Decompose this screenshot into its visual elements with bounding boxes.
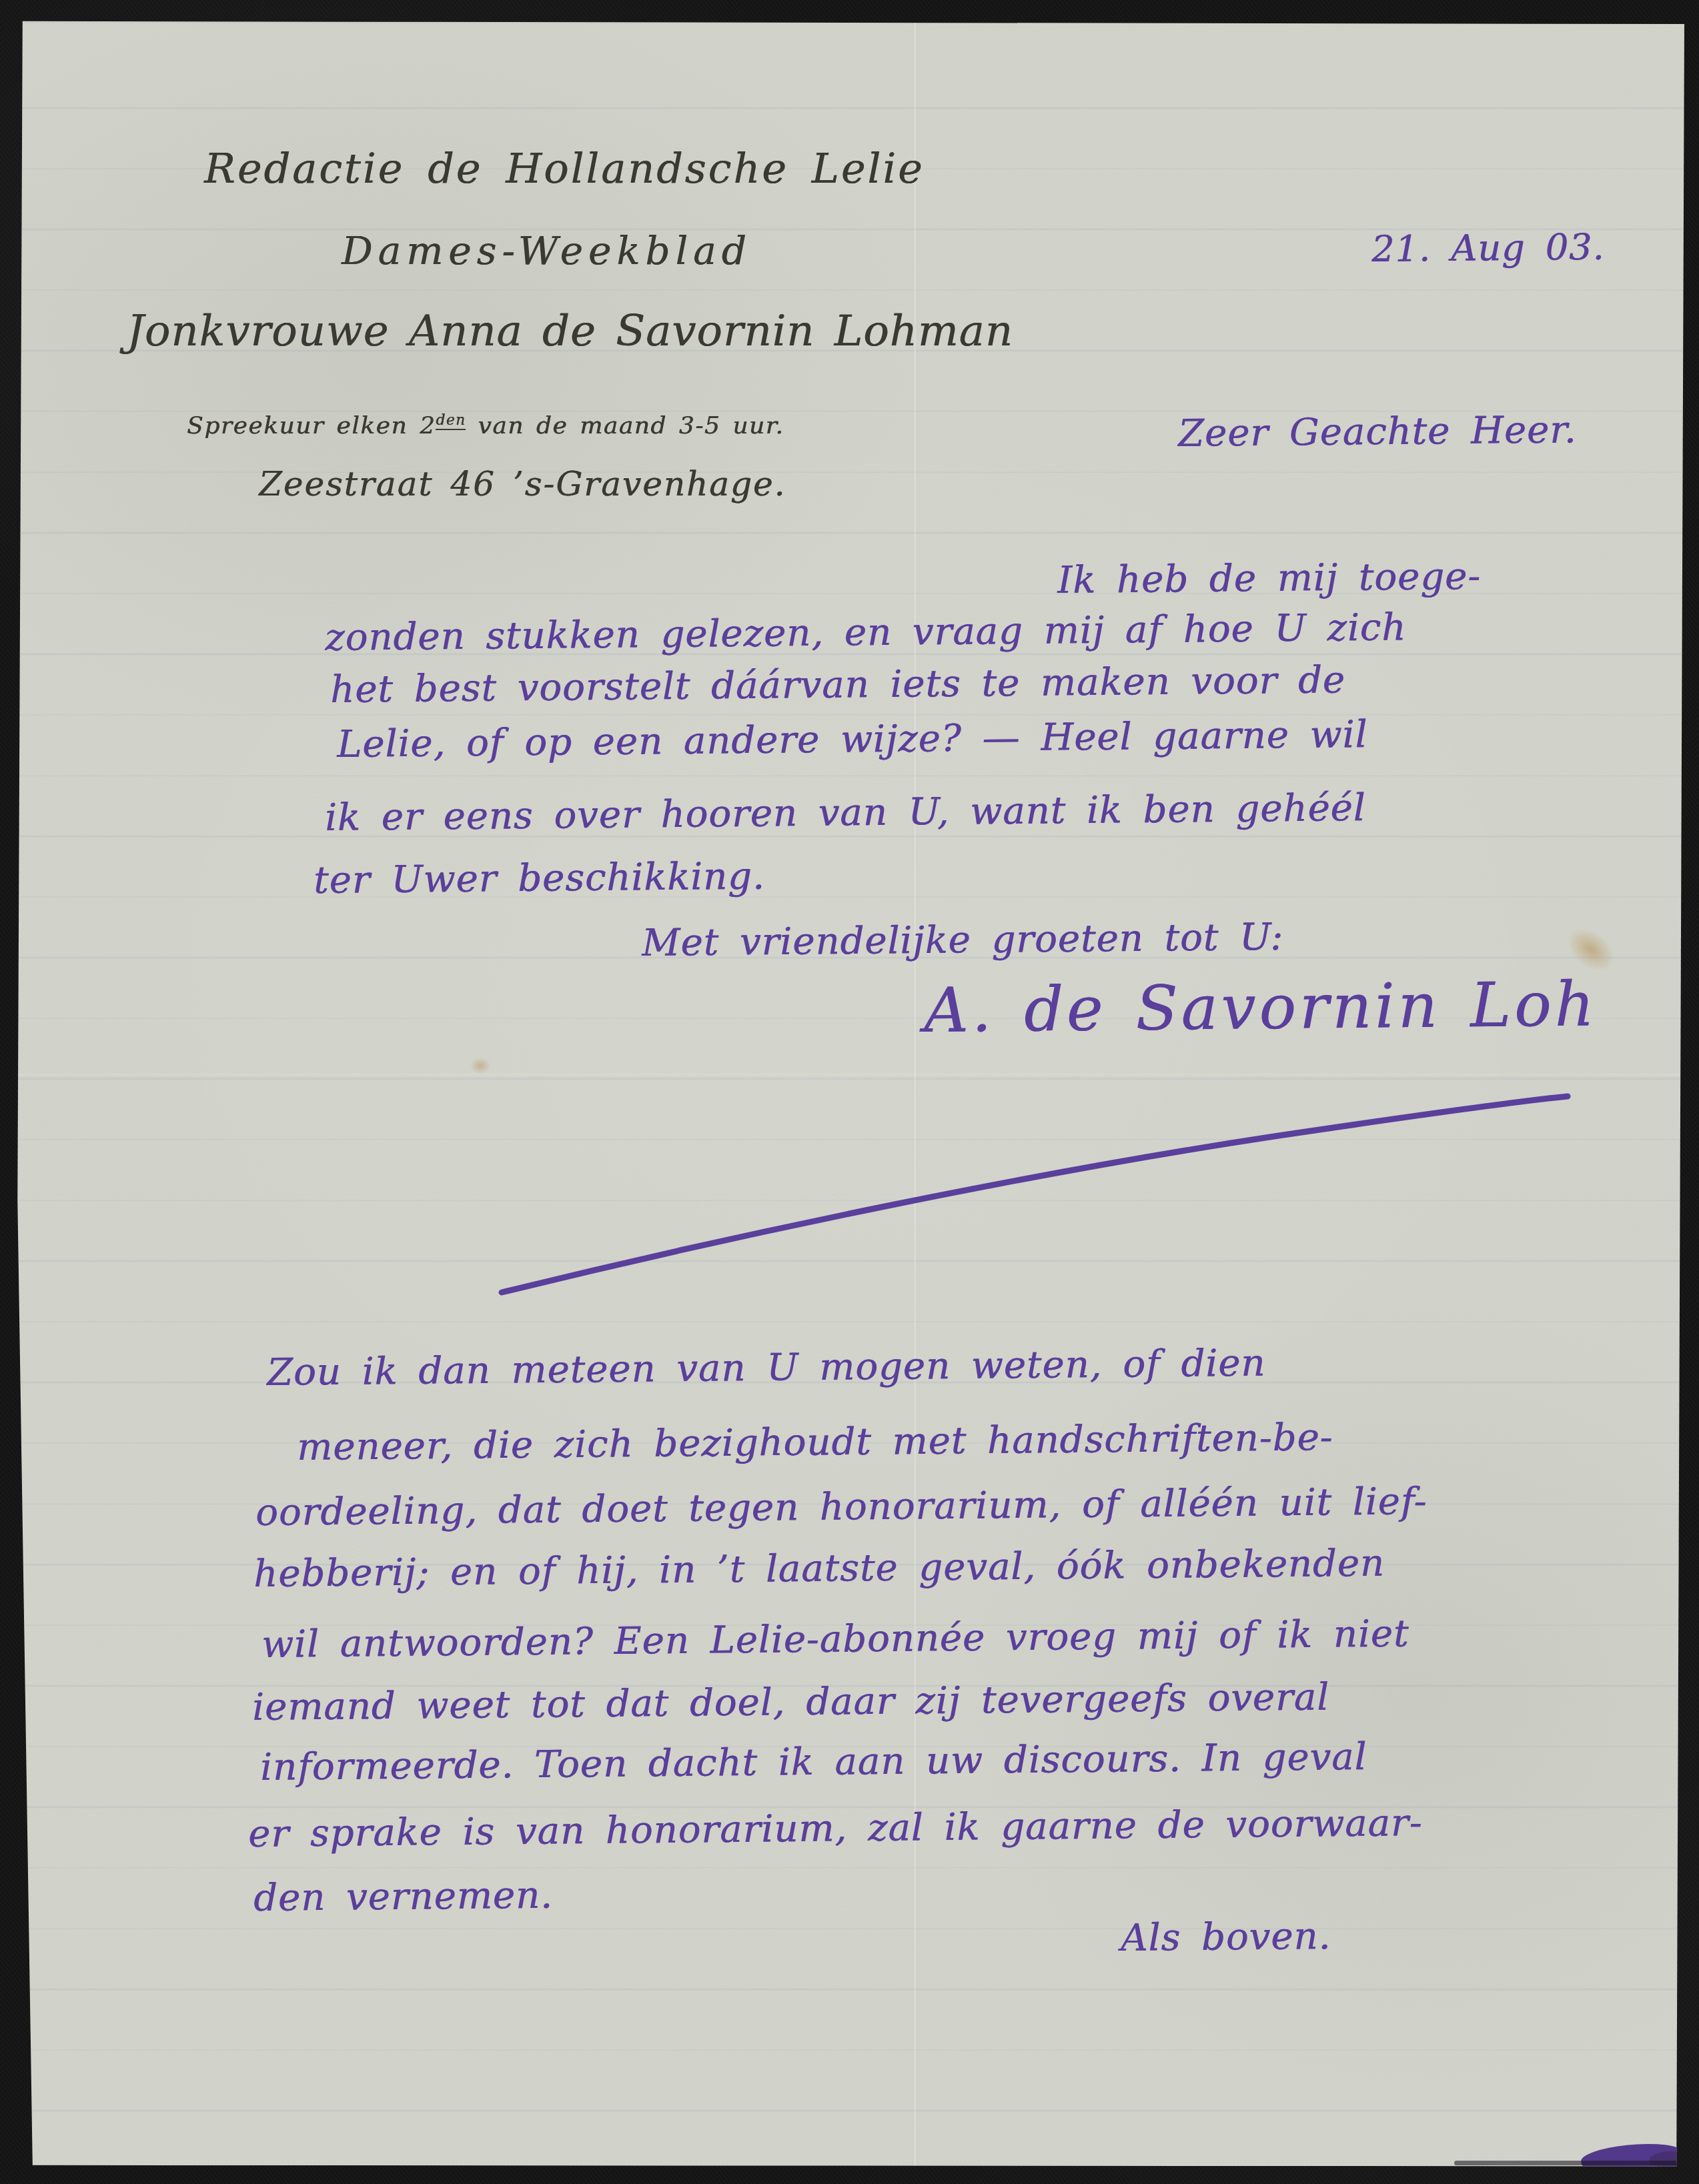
paragraph2-line: informeerde. Toen dacht ik aan uw discou… (260, 1738, 1367, 1788)
paragraph2-line: iemand weet tot dat doel, daar zij tever… (252, 1678, 1329, 1727)
paragraph2-line: er sprake is van honorarium, zal ik gaar… (248, 1804, 1423, 1855)
signature: A. de Savornin Loh (924, 972, 1598, 1043)
letterhead-subtitle: Dames-Weekblad (342, 231, 752, 271)
consultation-text-prefix: Spreekuur elken 2 (187, 412, 436, 439)
paragraph1-line: ik er eens over hooren van U, want ik be… (325, 789, 1366, 838)
ink-smudge (1648, 2150, 1690, 2169)
letterhead-consultation-hours: Spreekuur elken 2den van de maand 3-5 uu… (187, 413, 784, 439)
closing-shorthand: Als boven. (1121, 1917, 1331, 1959)
salutation: Zeer Geachte Heer. (1178, 411, 1577, 454)
scan-background: Redactie de Hollandsche Lelie Dames-Week… (0, 0, 1699, 2184)
letterhead-editor-name: Jonkvrouwe Anna de Savornin Lohman (127, 309, 1013, 354)
letterhead-title: Redactie de Hollandsche Lelie (204, 147, 925, 190)
edge-dust (1454, 2161, 1688, 2165)
fold-crease-horizontal (13, 1074, 1686, 1078)
paragraph1-line: het best voorstelt dáárvan iets te maken… (330, 661, 1345, 710)
paragraph1-line: ter Uwer beschikking. (314, 858, 765, 901)
closing-formula: Met vriendelijke groeten tot U: (642, 918, 1283, 964)
consultation-text-suffix: van de maand 3-5 uur. (466, 412, 784, 439)
paragraph2-line: hebberij; en of hij, in ’t laatste geval… (253, 1544, 1385, 1594)
consultation-superscript: den (436, 412, 466, 430)
paragraph2-line: meneer, die zich bezighoudt met handschr… (297, 1418, 1333, 1468)
paragraph1-line: Ik heb de mij toege- (1057, 558, 1481, 601)
paragraph2-line: wil antwoorden? Een Lelie-abonnée vroeg … (261, 1614, 1409, 1665)
ink-smudge (1580, 2139, 1684, 2174)
letter-paper: Redactie de Hollandsche Lelie Dames-Week… (13, 19, 1686, 2167)
paragraph2-line: Zou ik dan meteen van U mogen weten, of … (267, 1344, 1266, 1393)
paragraph2-line: den vernemen. (253, 1877, 553, 1919)
letterhead-address: Zeestraat 46 ’s-Gravenhage. (259, 467, 786, 502)
foxing-stain (466, 1054, 495, 1078)
paragraph2-line: oordeeling, dat doet tegen honorarium, o… (255, 1482, 1428, 1533)
paragraph1-line: zonden stukken gelezen, en vraag mij af … (325, 608, 1407, 658)
letter-date: 21. Aug 03. (1371, 229, 1605, 269)
paragraph1-line: Lelie, of op een andere wijze? — Heel ga… (337, 716, 1368, 765)
